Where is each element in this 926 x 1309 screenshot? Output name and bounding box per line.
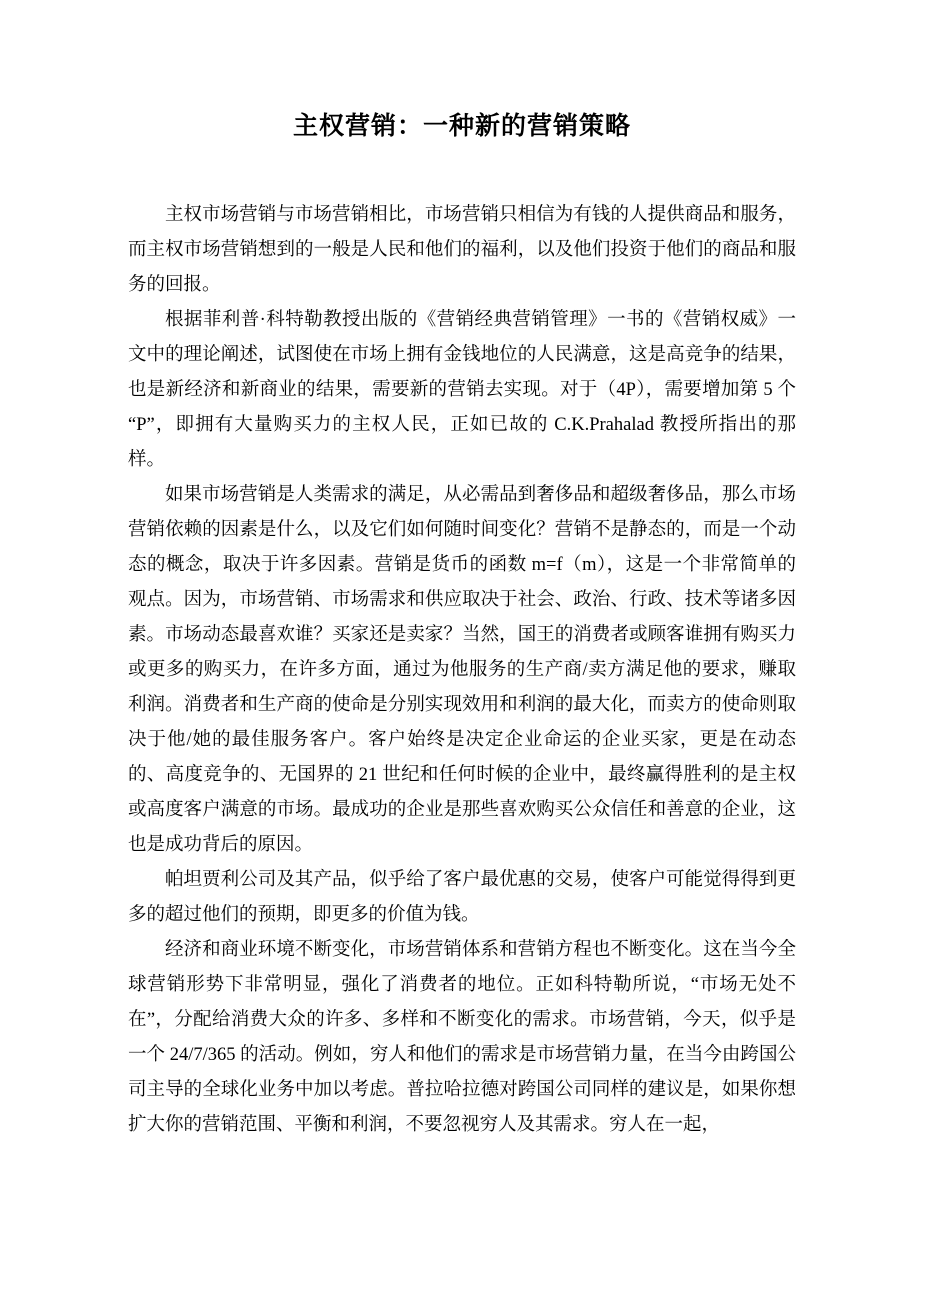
paragraph: 主权市场营销与市场营销相比，市场营销只相信为有钱的人提供商品和服务，而主权市场营… <box>128 198 796 303</box>
paragraph: 根据菲利普·科特勒教授出版的《营销经典营销管理》一书的《营销权威》一文中的理论阐… <box>128 303 796 478</box>
paragraph: 如果市场营销是人类需求的满足，从必需品到奢侈品和超级奢侈品，那么市场营销依赖的因… <box>128 478 796 863</box>
paragraph: 帕坦贾利公司及其产品，似乎给了客户最优惠的交易，使客户可能觉得得到更多的超过他们… <box>128 863 796 933</box>
paragraph: 经济和商业环境不断变化，市场营销体系和营销方程也不断变化。这在当今全球营销形势下… <box>128 933 796 1143</box>
document-page: 主权营销：一种新的营销策略 主权市场营销与市场营销相比，市场营销只相信为有钱的人… <box>0 0 926 1309</box>
document-title: 主权营销：一种新的营销策略 <box>128 104 796 148</box>
